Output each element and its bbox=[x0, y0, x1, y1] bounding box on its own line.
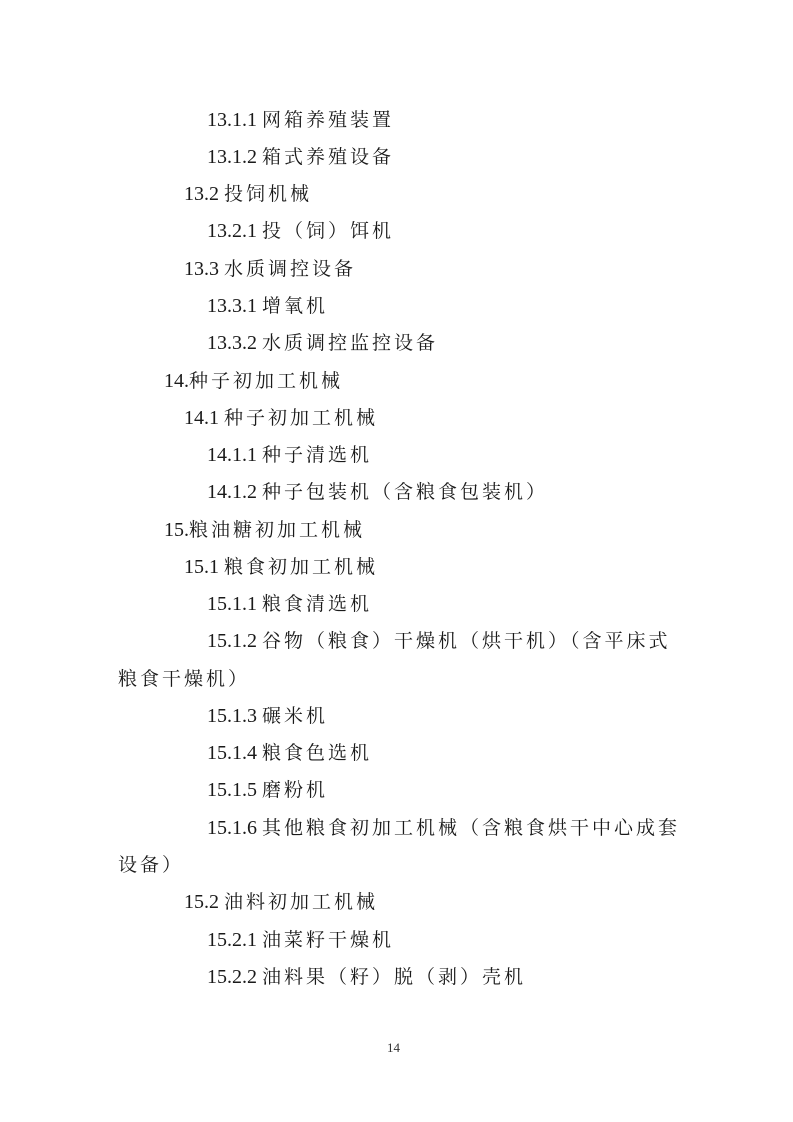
list-item: 14.种子初加工机械 bbox=[164, 369, 343, 393]
item-number: 15.1.6 bbox=[207, 817, 262, 839]
item-text: 油料初加工机械 bbox=[224, 891, 378, 913]
item-text: 粮食色选机 bbox=[262, 742, 372, 764]
item-number: 13.1.1 bbox=[207, 109, 262, 131]
item-number: 15.1 bbox=[184, 556, 224, 578]
list-item: 15.1.2 谷物（粮食）干燥机（烘干机）（含平床式 bbox=[207, 629, 671, 653]
item-number: 15.1.2 bbox=[207, 630, 262, 652]
list-item: 15.1.1 粮食清选机 bbox=[207, 592, 372, 616]
list-item: 粮食干燥机） bbox=[118, 667, 250, 691]
list-item: 14.1.1 种子清选机 bbox=[207, 443, 372, 467]
item-text: 油料果（籽）脱（剥）壳机 bbox=[262, 966, 526, 988]
list-item: 设备） bbox=[118, 853, 184, 877]
item-text: 投饲机械 bbox=[224, 183, 312, 205]
list-item: 15.2.1 油菜籽干燥机 bbox=[207, 928, 394, 952]
item-number: 15.1.1 bbox=[207, 593, 262, 615]
item-number: 14.1.1 bbox=[207, 444, 262, 466]
item-number: 15.2.1 bbox=[207, 929, 262, 951]
item-number: 13.3 bbox=[184, 258, 224, 280]
list-item: 13.3.1 增氧机 bbox=[207, 294, 328, 318]
list-item: 15.2 油料初加工机械 bbox=[184, 890, 378, 914]
item-number: 13.1.2 bbox=[207, 146, 262, 168]
item-text: 粮食干燥机） bbox=[118, 668, 250, 690]
item-text: 种子初加工机械 bbox=[189, 370, 343, 392]
item-number: 15.2.2 bbox=[207, 966, 262, 988]
item-number: 15.1.3 bbox=[207, 705, 262, 727]
item-text: 碾米机 bbox=[262, 705, 328, 727]
item-number: 13.2.1 bbox=[207, 220, 262, 242]
item-text: 投（饲）饵机 bbox=[262, 220, 394, 242]
item-number: 13.2 bbox=[184, 183, 224, 205]
item-number: 15.2 bbox=[184, 891, 224, 913]
item-number: 15.1.5 bbox=[207, 779, 262, 801]
item-text: 增氧机 bbox=[262, 295, 328, 317]
list-item: 13.2.1 投（饲）饵机 bbox=[207, 219, 394, 243]
item-text: 粮油糖初加工机械 bbox=[189, 519, 365, 541]
list-item: 15.2.2 油料果（籽）脱（剥）壳机 bbox=[207, 965, 526, 989]
list-item: 15.1.3 碾米机 bbox=[207, 704, 328, 728]
item-text: 种子包装机（含粮食包装机） bbox=[262, 481, 548, 503]
item-number: 14.1 bbox=[184, 407, 224, 429]
item-number: 14.1.2 bbox=[207, 481, 262, 503]
item-text: 箱式养殖设备 bbox=[262, 146, 394, 168]
item-number: 15. bbox=[164, 519, 189, 541]
item-number: 13.3.2 bbox=[207, 332, 262, 354]
item-text: 种子清选机 bbox=[262, 444, 372, 466]
item-text: 网箱养殖装置 bbox=[262, 109, 394, 131]
list-item: 15.1.6 其他粮食初加工机械（含粮食烘干中心成套 bbox=[207, 816, 680, 840]
list-item: 13.3.2 水质调控监控设备 bbox=[207, 331, 438, 355]
item-text: 水质调控监控设备 bbox=[262, 332, 438, 354]
list-item: 15.1.5 磨粉机 bbox=[207, 778, 328, 802]
item-text: 谷物（粮食）干燥机（烘干机）（含平床式 bbox=[262, 630, 671, 652]
item-text: 种子初加工机械 bbox=[224, 407, 378, 429]
item-text: 磨粉机 bbox=[262, 779, 328, 801]
list-item: 13.3 水质调控设备 bbox=[184, 257, 356, 281]
item-text: 粮食清选机 bbox=[262, 593, 372, 615]
list-item: 15.1.4 粮食色选机 bbox=[207, 741, 372, 765]
item-text: 粮食初加工机械 bbox=[224, 556, 378, 578]
item-text: 油菜籽干燥机 bbox=[262, 929, 394, 951]
item-text: 设备） bbox=[118, 854, 184, 876]
item-text: 水质调控设备 bbox=[224, 258, 356, 280]
list-item: 14.1 种子初加工机械 bbox=[184, 406, 378, 430]
list-item: 15.1 粮食初加工机械 bbox=[184, 555, 378, 579]
item-number: 15.1.4 bbox=[207, 742, 262, 764]
list-item: 13.1.1 网箱养殖装置 bbox=[207, 108, 394, 132]
page-number: 14 bbox=[387, 1040, 400, 1056]
list-item: 14.1.2 种子包装机（含粮食包装机） bbox=[207, 480, 548, 504]
list-item: 13.2 投饲机械 bbox=[184, 182, 312, 206]
list-item: 15.粮油糖初加工机械 bbox=[164, 518, 365, 542]
item-text: 其他粮食初加工机械（含粮食烘干中心成套 bbox=[262, 817, 680, 839]
item-number: 14. bbox=[164, 370, 189, 392]
item-number: 13.3.1 bbox=[207, 295, 262, 317]
list-item: 13.1.2 箱式养殖设备 bbox=[207, 145, 394, 169]
